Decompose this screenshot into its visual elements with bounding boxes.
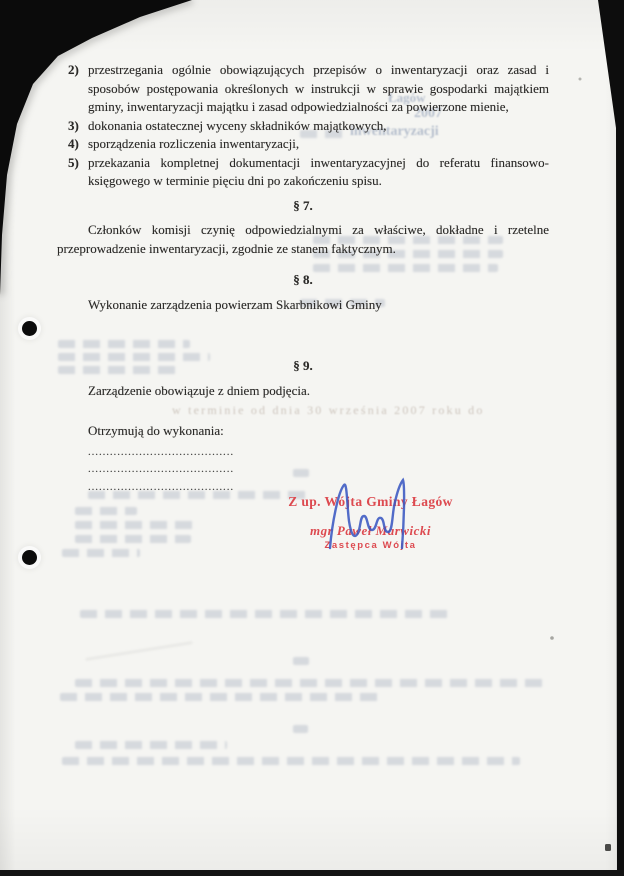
numbered-list: 2) przestrzegania ogólnie obowiązujących… <box>68 61 549 191</box>
list-item-text: przekazania kompletnej dokumentacji inwe… <box>88 154 549 191</box>
list-item-text: przestrzegania ogólnie obowiązujących pr… <box>88 61 549 117</box>
bleed-through-section-mark <box>293 657 309 665</box>
scan-speck <box>550 636 554 640</box>
stamp-name-line: mgr Paweł Marwicki <box>268 523 473 539</box>
bleed-through-line <box>75 679 543 687</box>
section-paragraph-9: Zarządzenie obowiązuje z dniem podjęcia. <box>57 382 549 401</box>
list-item: 3) dokonania ostatecznej wyceny składnik… <box>68 117 549 136</box>
bleed-through-line <box>60 693 382 701</box>
scan-speck <box>605 844 611 851</box>
bleed-through-line <box>62 549 140 557</box>
section-paragraph-7: Członków komisji czynię odpowiedzialnymi… <box>57 221 549 258</box>
punch-hole <box>22 550 37 565</box>
section-heading-8: § 8. <box>57 271 549 290</box>
bleed-through-line <box>62 757 520 765</box>
dotted-fill-line: ........................................ <box>88 461 240 479</box>
bleed-through-section-mark <box>293 725 308 733</box>
official-stamp: Z up. Wójta Gminy Łagów mgr Paweł Marwic… <box>268 494 473 551</box>
section-paragraph-8: Wykonanie zarządzenia powierzam Skarbnik… <box>57 296 549 315</box>
list-item-text: dokonania ostatecznej wyceny składników … <box>88 117 549 136</box>
scan-speck <box>579 78 582 81</box>
bleed-through-line <box>80 610 448 618</box>
punch-hole <box>22 321 37 336</box>
list-item-marker: 5) <box>68 154 88 191</box>
section-heading-9: § 9. <box>57 357 549 376</box>
scanned-document-page: { "colors": { "paper": "#f5f5f2", "ink":… <box>0 0 624 876</box>
section-heading-7: § 7. <box>57 197 549 216</box>
dotted-fill-line: ........................................ <box>88 479 240 497</box>
list-item-text: sporządzenia rozliczenia inwentaryzacji, <box>88 135 549 154</box>
stamp-authority-line: Z up. Wójta Gminy Łagów <box>268 494 473 510</box>
list-item-marker: 4) <box>68 135 88 154</box>
list-item: 2) przestrzegania ogólnie obowiązujących… <box>68 61 549 117</box>
bleed-through-line <box>75 535 191 543</box>
bleed-through-line <box>75 507 137 515</box>
list-item: 4) sporządzenia rozliczenia inwentaryzac… <box>68 135 549 154</box>
distribution-label: Otrzymują do wykonania: <box>88 422 549 441</box>
paper-crease <box>86 642 193 661</box>
bleed-through-line <box>75 741 227 749</box>
document-body: 2) przestrzegania ogólnie obowiązujących… <box>57 61 549 496</box>
scan-right-edge <box>598 0 624 876</box>
scan-bottom-edge <box>0 870 624 876</box>
stamp-title-line: Zastępca Wójta <box>268 540 473 551</box>
list-item: 5) przekazania kompletnej dokumentacji i… <box>68 154 549 191</box>
list-item-marker: 3) <box>68 117 88 136</box>
bleed-through-line <box>75 521 197 529</box>
dotted-fill-line: ........................................ <box>88 444 240 462</box>
list-item-marker: 2) <box>68 61 88 117</box>
